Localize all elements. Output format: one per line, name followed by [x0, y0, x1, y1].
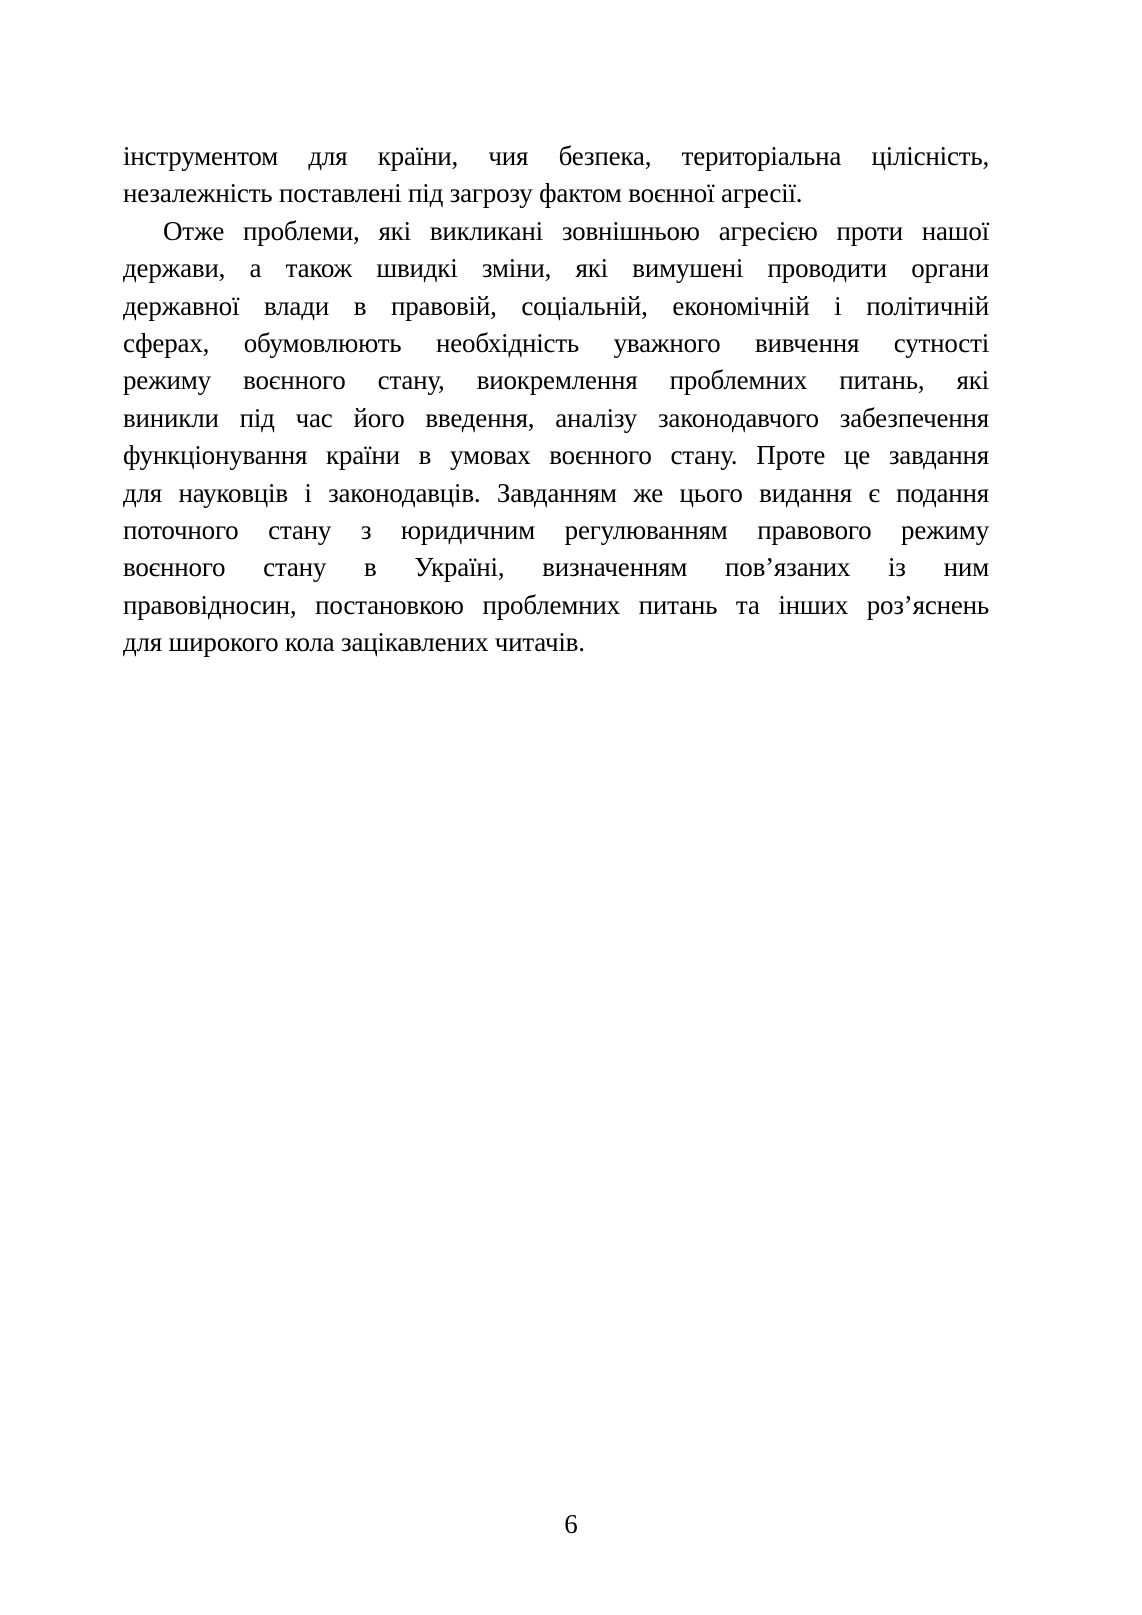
body-text: інструментом для країни, чия безпека, те…: [123, 138, 989, 661]
text-line: для широкого кола зацікавлених читачів.: [123, 624, 989, 661]
text-line: сферах, обумовлюють необхідність уважног…: [123, 325, 989, 362]
text-line: незалежність поставлені під загрозу факт…: [123, 175, 989, 212]
text-line: держави, а також швидкі зміни, які вимуш…: [123, 250, 989, 287]
paragraph-1: інструментом для країни, чия безпека, те…: [123, 138, 989, 213]
text-line: Отже проблеми, які викликані зовнішньою …: [123, 213, 989, 250]
text-line: воєнного стану в Україні, визначенням по…: [123, 549, 989, 586]
paragraph-2: Отже проблеми, які викликані зовнішньою …: [123, 213, 989, 662]
text-line: інструментом для країни, чия безпека, те…: [123, 138, 989, 175]
document-page: інструментом для країни, чия безпека, те…: [0, 0, 1142, 1615]
text-line: функціонування країни в умовах воєнного …: [123, 437, 989, 474]
text-line: правовідносин, постановкою проблемних пи…: [123, 587, 989, 624]
text-line: для науковців і законодавців. Завданням …: [123, 475, 989, 512]
text-line: державної влади в правовій, соціальній, …: [123, 288, 989, 325]
text-line: поточного стану з юридичним регулюванням…: [123, 512, 989, 549]
text-line: режиму воєнного стану, виокремлення проб…: [123, 362, 989, 399]
text-line: виникли під час його введення, аналізу з…: [123, 400, 989, 437]
page-number: 6: [0, 1508, 1142, 1540]
